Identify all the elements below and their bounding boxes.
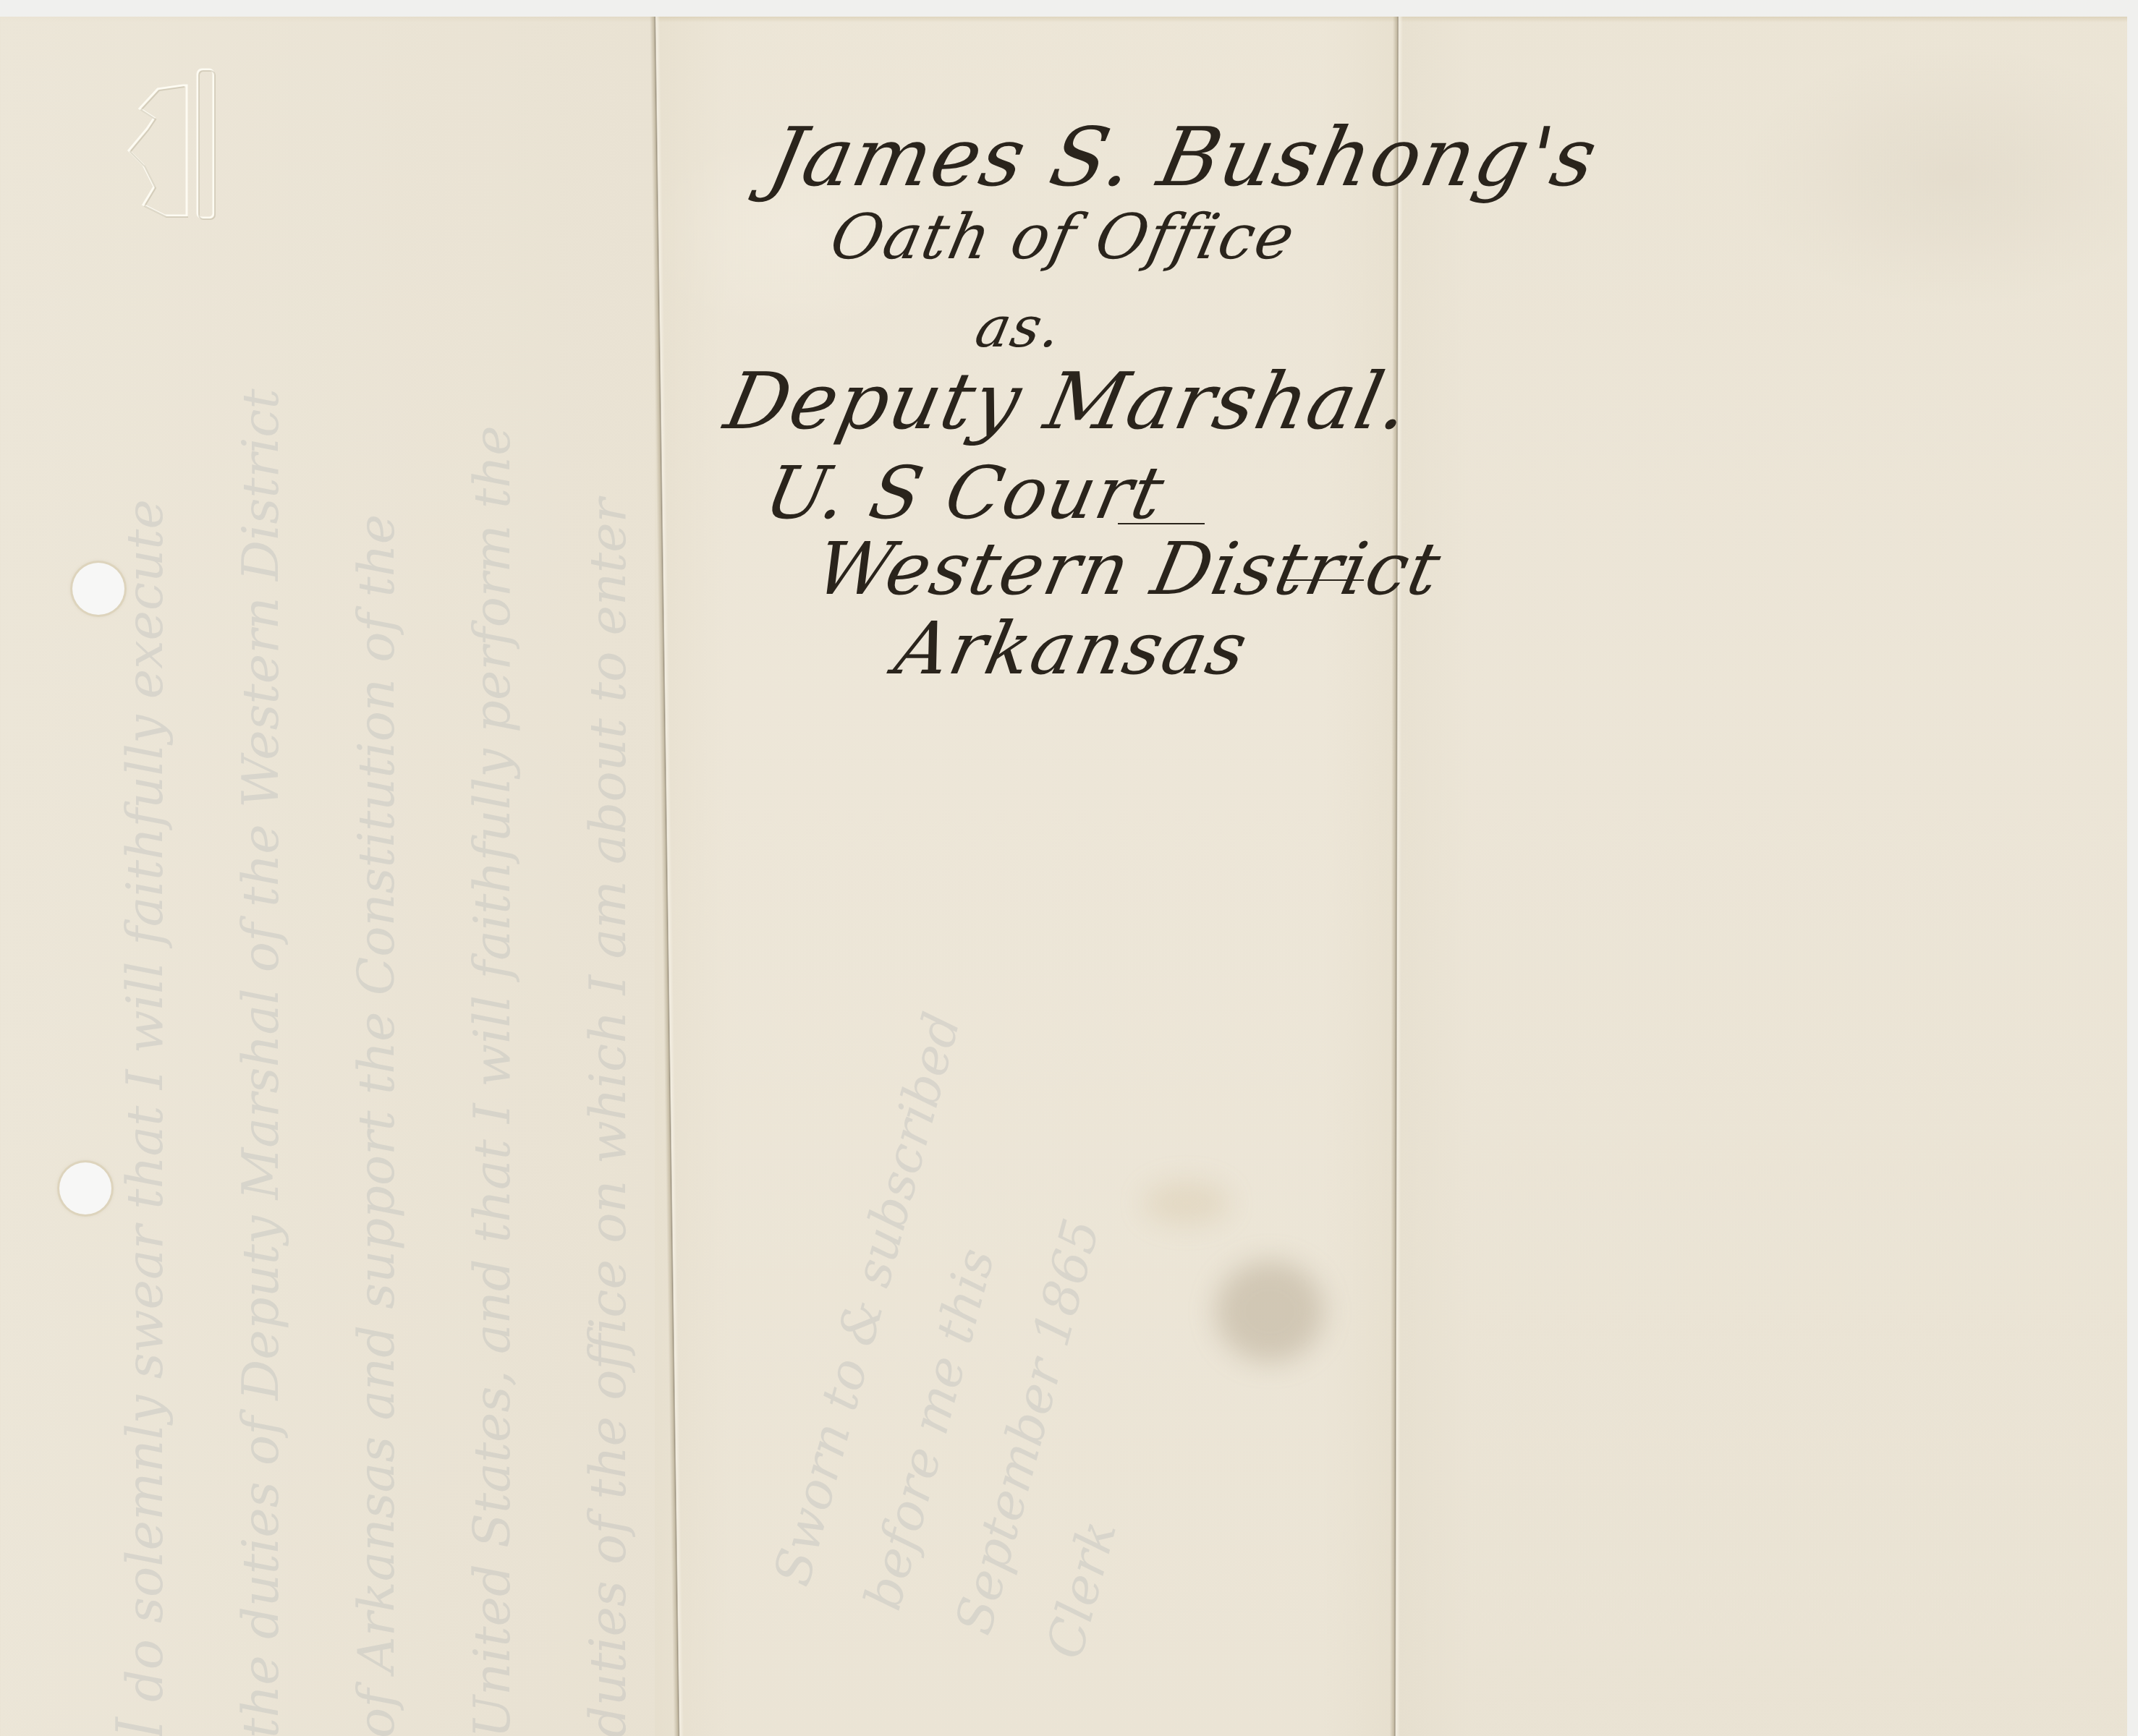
bleed-through-text-left: ꟾ do solemnly swear that I will faithful… [87,388,666,1736]
paper-sheet: ꟾ do solemnly swear that I will faithful… [0,17,2127,1736]
docket-name-line: James S. Bushong's [760,111,1605,205]
docket-district-line: Western District [809,527,1449,611]
stain [1216,1261,1324,1362]
docket-as-line: as. [970,295,1068,360]
embossed-seal-icon [114,64,223,230]
docket-title-line: Oath of Office [824,201,1302,273]
pen-flourish [1284,579,1364,581]
docket-endorsement: James S. Bushong's Oath of Office as. De… [655,17,1398,740]
scanned-document: ꟾ do solemnly swear that I will faithful… [0,0,2138,1736]
docket-state-line: Arkansas [888,606,1256,691]
pen-flourish [1118,523,1205,524]
docket-position-line: Deputy Marshal. [718,357,1419,447]
docket-court-line: U. S Court [758,451,1173,535]
right-panel [1398,17,2127,1736]
